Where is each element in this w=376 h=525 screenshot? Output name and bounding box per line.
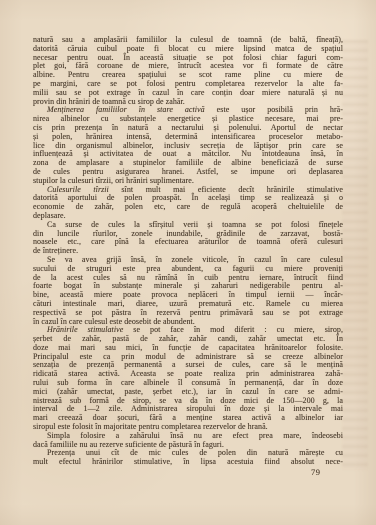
paragraph: Se va avea grijă însă, în zonele viticol… xyxy=(33,256,343,326)
page-number: 79 xyxy=(311,467,321,477)
paragraph: natură sau a amplasării familiilor la cu… xyxy=(33,36,343,106)
text-block: natură sau a amplasării familiilor la cu… xyxy=(33,36,343,467)
paragraph: Prezența unui cît de mic cules de polen … xyxy=(33,449,343,467)
italic-lead: Hrănirile stimulative xyxy=(47,325,123,334)
paragraph: Simpla folosire a zahărului însă nu are … xyxy=(33,432,343,450)
italic-lead: Menținerea familiilor în stare activă xyxy=(47,105,205,114)
paragraph: Ca surse de cules la sfîrșitul verii și … xyxy=(33,221,343,256)
paragraph: Culesurile tîrzii sînt mult mai eficient… xyxy=(33,186,343,221)
text-line: mult efectul hrănirilor stimulative, în … xyxy=(33,458,343,467)
paragraph: Menținerea familiilor în stare activă es… xyxy=(33,106,343,185)
text-line: noasele etc., care pînă la efectuarea ar… xyxy=(33,238,343,247)
text-line: economie de zahăr, polen etc, care de re… xyxy=(33,203,343,212)
scanned-book-page: natură sau a amplasării familiilor la cu… xyxy=(0,0,376,525)
paragraph: Hrănirile stimulative se pot face în mod… xyxy=(33,326,343,432)
